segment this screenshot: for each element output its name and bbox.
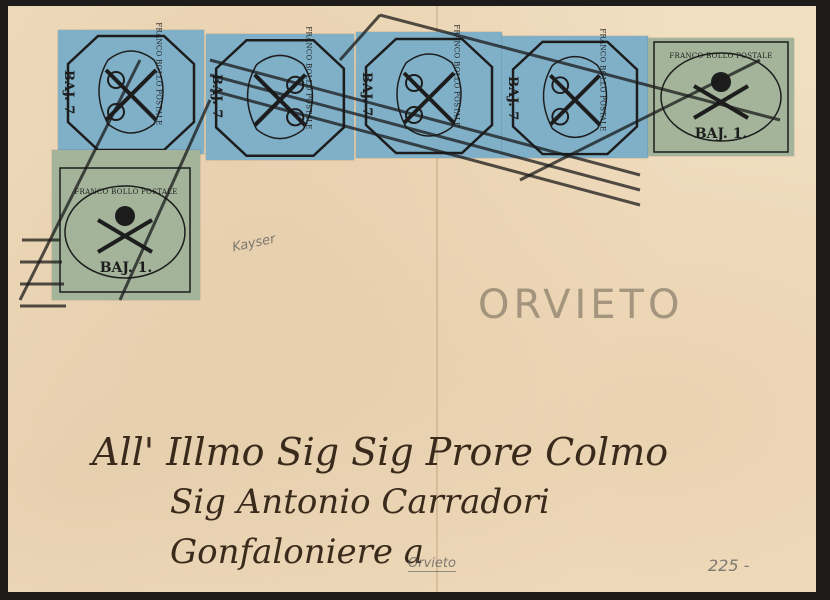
address-line-3: Gonfaloniere a <box>170 532 424 572</box>
address-line-2: Sig Antonio Carradori <box>170 482 550 522</box>
oval-frame-icon <box>52 150 200 300</box>
stamp-blue-2: BAJ. 7 FRANCO BOLLO POSTALE <box>206 34 354 160</box>
stamp-legend: FRANCO BOLLO POSTALE <box>154 22 162 125</box>
stamp-value: BAJ. 1. <box>52 260 200 276</box>
stamp-value: BAJ. 7 <box>505 76 520 120</box>
stamp-blue-1: BAJ. 7 FRANCO BOLLO POSTALE <box>58 30 204 154</box>
stamp-legend: FRANCO BOLLO POSTALE <box>52 188 200 196</box>
stamp-value: BAJ. 7 <box>209 74 224 118</box>
stamp-value: BAJ. 7 <box>61 70 76 114</box>
address-line-1: All' Illmo Sig Sig Prore Colmo <box>92 430 668 474</box>
stamp-green-2: FRANCO BOLLO POSTALE BAJ. 1. <box>52 150 200 300</box>
stamp-legend: FRANCO BOLLO POSTALE <box>452 24 460 127</box>
octagon-frame-icon <box>58 30 204 154</box>
stamp-value: BAJ. 1. <box>648 126 794 142</box>
stamp-blue-3: BAJ. 7 FRANCO BOLLO POSTALE <box>356 32 502 158</box>
stamp-blue-4: BAJ. 7 FRANCO BOLLO POSTALE <box>502 36 648 158</box>
pencil-town-note: Orvieto <box>408 556 456 572</box>
octagon-frame-icon <box>502 36 648 158</box>
octagon-frame-icon <box>356 32 502 158</box>
octagon-frame-icon <box>206 34 354 160</box>
stamp-legend: FRANCO BOLLO POSTALE <box>598 28 606 131</box>
stamp-green-1: FRANCO BOLLO POSTALE BAJ. 1. <box>648 38 794 156</box>
pencil-price-note: 225 - <box>708 556 749 575</box>
stamp-value: BAJ. 7 <box>359 72 374 116</box>
town-postmark: ORVIETO <box>478 282 683 328</box>
stamp-legend: FRANCO BOLLO POSTALE <box>648 52 794 60</box>
stamp-legend: FRANCO BOLLO POSTALE <box>304 26 312 129</box>
